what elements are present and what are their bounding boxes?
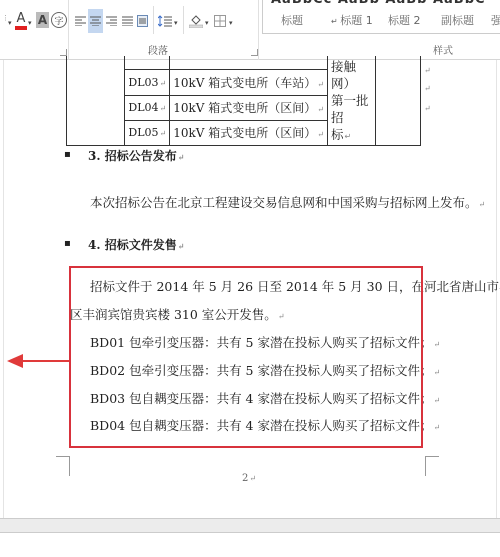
align-left-button[interactable] [73, 9, 88, 33]
heading-marker-icon: ↵ [331, 17, 340, 26]
style-preview-strip: AaBbCc AaBb AaBb AaBbC [271, 0, 486, 7]
shading-dropdown-arrow[interactable]: ▾ [205, 19, 209, 27]
merged-cell-text: 第一批招 [331, 92, 372, 126]
crop-mark-icon [425, 456, 439, 476]
style-emphasis[interactable]: 强调 [491, 12, 500, 28]
equipment-table: 接触网） 第一批招 标↵ ↵ ↵ ↵ DL03↵ 10kV 箱式变电所（车站）↵… [66, 56, 500, 146]
style-heading-2[interactable]: 标题 2 [388, 12, 421, 28]
section-3-body: 本次招标公告在北京工程建设交易信息网和中国采购与招标网上发布。↵ [90, 193, 485, 211]
table-cell-desc: 10kV 箱式变电所（区间）↵ [170, 120, 328, 145]
bullet-icon: ▪ [64, 238, 71, 249]
borders-dropdown-arrow[interactable]: ▾ [229, 19, 233, 27]
justify-icon [122, 16, 133, 26]
paint-bucket-icon [189, 14, 203, 28]
line-spacing-button[interactable] [157, 9, 173, 33]
group-divider [258, 0, 259, 60]
arrow-left-icon [7, 354, 23, 368]
table-cell-merged: 接触网） 第一批招 标↵ [327, 56, 375, 146]
crop-mark-icon [56, 456, 70, 476]
justify-button[interactable] [120, 9, 135, 33]
char-shading-button[interactable]: A [36, 12, 49, 28]
group-divider [68, 0, 69, 60]
font-color-swatch [15, 26, 27, 30]
styles-group-label: 样式 [433, 42, 453, 57]
table-cell [170, 56, 328, 70]
merged-cell-text: 接触网） [331, 58, 372, 92]
section-3-heading: 3. 招标公告发布↵ [88, 147, 184, 164]
table-cell-desc: 10kV 箱式变电所（车站）↵ [170, 70, 328, 95]
table-cell-empty [375, 56, 420, 146]
arrow-shaft [22, 360, 69, 362]
highlight-box [69, 266, 423, 448]
align-center-icon [90, 16, 101, 26]
style-heading-1[interactable]: ↵ 标题 1 [331, 12, 373, 28]
enclose-char-icon: 字 [54, 14, 63, 27]
table-cell-desc: 10kV 箱式变电所（区间）↵ [170, 95, 328, 120]
line-spacing-icon [158, 15, 172, 27]
bullet-icon: ▪ [64, 149, 71, 160]
font-dialog-launcher[interactable] [60, 49, 67, 56]
page-number: 2↵ [242, 473, 256, 484]
table-cell [125, 56, 170, 70]
align-right-button[interactable] [104, 9, 119, 33]
styles-gallery[interactable]: AaBbCc AaBb AaBb AaBbC 标题 ↵ 标题 1 标题 2 副标… [262, 0, 500, 34]
distributed-button[interactable] [135, 9, 150, 33]
page-gap [0, 518, 500, 533]
page-edge [3, 60, 4, 520]
line-spacing-dropdown-arrow[interactable]: ▾ [174, 19, 178, 27]
table-cell-code: DL03↵ [125, 70, 170, 95]
char-shading-icon: A [38, 13, 47, 27]
row-end-marks: ↵ ↵ ↵ [420, 56, 500, 146]
align-center-button[interactable] [88, 9, 103, 33]
font-color-icon: A [17, 13, 26, 25]
section-4-heading: 4. 招标文件发售↵ [88, 236, 184, 253]
table-cell-empty [67, 56, 125, 146]
align-left-icon [75, 16, 86, 26]
dropdown-arrow[interactable]: ▾ [8, 19, 12, 27]
style-subtitle[interactable]: 副标题 [441, 12, 474, 28]
distributed-icon [137, 15, 148, 27]
align-right-icon [106, 16, 117, 26]
table-cell-code: DL05↵ [125, 120, 170, 145]
merged-cell-text: 标↵ [331, 126, 372, 145]
style-title[interactable]: 标题 [281, 12, 303, 28]
paragraph-dialog-launcher[interactable] [251, 49, 258, 56]
divider [153, 6, 154, 34]
next-page-top[interactable] [0, 533, 500, 557]
font-color-dropdown-arrow[interactable]: ▾ [28, 19, 32, 27]
enclose-char-button[interactable]: 字 [51, 12, 67, 28]
table-cell-code: DL04↵ [125, 95, 170, 120]
ribbon: ⋮ ▾ A ▾ A 字 ▾ ▾ ▾ 段落 AaBbCc AaB [0, 0, 500, 60]
paragraph-group-label: 段落 [148, 42, 168, 57]
borders-button[interactable] [212, 9, 228, 33]
borders-icon [214, 15, 226, 27]
divider [183, 6, 184, 34]
shading-button[interactable] [188, 9, 204, 33]
